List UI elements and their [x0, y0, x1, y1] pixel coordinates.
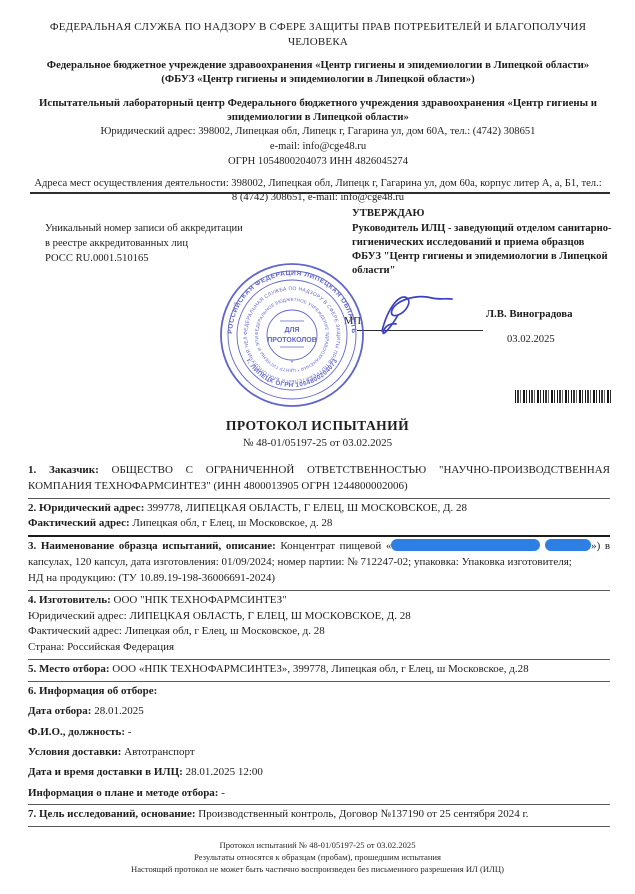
- accreditation-line-1: Уникальный номер записи об аккредитации: [45, 222, 295, 237]
- section-customer-label: 1. Заказчик:: [28, 464, 99, 476]
- protocol-document-page: ФЕДЕРАЛЬНАЯ СЛУЖБА ПО НАДЗОРУ В СФЕРЕ ЗА…: [0, 0, 635, 894]
- section-legal-address: 2. Юридический адрес: 399778, ЛИПЕЦКАЯ О…: [28, 499, 610, 538]
- sampling-date-row: Дата отбора: 28.01.2025: [28, 704, 610, 720]
- stamp-center-line-1: ДЛЯ: [285, 327, 300, 334]
- federal-service-name: ФЕДЕРАЛЬНАЯ СЛУЖБА ПО НАДЗОРУ В СФЕРЕ ЗА…: [32, 20, 604, 49]
- approval-heading: УТВЕРЖДАЮ: [352, 207, 612, 221]
- manufacturer-label: 4. Изготовитель:: [28, 594, 111, 606]
- sample-value-before-redaction: Концентрат пищевой «: [280, 540, 391, 552]
- handwritten-signature: [372, 291, 472, 341]
- section-manufacturer: 4. Изготовитель: ООО "НПК ТЕХНОФАРМСИНТЕ…: [28, 591, 610, 660]
- sampling-fio-value: -: [128, 726, 132, 738]
- manufacturer-value: ООО "НПК ТЕХНОФАРМСИНТЕЗ": [114, 594, 287, 606]
- manufacturer-actual-address: Фактический адрес: Липецкая обл, г Елец,…: [28, 624, 610, 640]
- protocol-sections: 1. Заказчик: ОБЩЕСТВО С ОГРАНИЧЕННОЙ ОТВ…: [28, 461, 610, 827]
- protocol-number: № 48-01/05197-25 от 03.02.2025: [0, 437, 635, 449]
- footer-results-note: Результаты относятся к образцам (пробам)…: [0, 852, 635, 864]
- sampling-plan-row: Информация о плане и методе отбора: -: [28, 786, 610, 802]
- manufacturer-legal-address: Юридический адрес: ЛИПЕЦКАЯ ОБЛАСТЬ, Г Е…: [28, 609, 610, 625]
- section-customer-value: ОБЩЕСТВО С ОГРАНИЧЕННОЙ ОТВЕТСТВЕННОСТЬЮ…: [28, 464, 610, 492]
- delivery-datetime-value: 28.01.2025 12:00: [186, 766, 263, 778]
- delivery-datetime-row: Дата и время доставки в ИЛЦ: 28.01.2025 …: [28, 765, 610, 781]
- accreditation-block: Уникальный номер записи об аккредитации …: [45, 222, 295, 266]
- lab-center-name: Испытательный лабораторный центр Федерал…: [32, 96, 604, 125]
- sampling-fio-row: Ф.И.О., должность: -: [28, 725, 610, 741]
- nd-product-row: НД на продукцию: (ТУ 10.89.19-198-360066…: [28, 571, 610, 587]
- delivery-conditions-label: Условия доставки:: [28, 746, 121, 758]
- sampling-fio-label: Ф.И.О., должность:: [28, 726, 125, 738]
- ogrn-inn-line: ОГРН 1054800204073 ИНН 4826045274: [32, 155, 604, 169]
- redaction-bar-short: [545, 539, 591, 551]
- footer-protocol-ref: Протокол испытаний № 48-01/05197-25 от 0…: [0, 840, 635, 852]
- legal-address-value: 399778, ЛИПЕЦКАЯ ОБЛАСТЬ, Г ЕЛЕЦ, Ш МОСК…: [147, 502, 467, 514]
- sample-label: 3. Наименование образца испытаний, описа…: [28, 540, 276, 552]
- stamp-star-ornament: *: [291, 360, 294, 367]
- sampling-plan-value: -: [221, 787, 225, 799]
- manufacturer-row: 4. Изготовитель: ООО "НПК ТЕХНОФАРМСИНТЕ…: [28, 593, 610, 609]
- legal-address-label: 2. Юридический адрес:: [28, 502, 144, 514]
- protocol-title: ПРОТОКОЛ ИСПЫТАНИЙ: [0, 418, 635, 434]
- section-purpose: 7. Цель исследований, основание: Произво…: [28, 805, 610, 827]
- signer-name: Л.В. Виноградова: [486, 308, 573, 320]
- page-footer: Протокол испытаний № 48-01/05197-25 от 0…: [0, 840, 635, 876]
- email-line: e-mail: info@cge48.ru: [32, 140, 604, 154]
- delivery-conditions-row: Условия доставки: Автотранспорт: [28, 745, 610, 761]
- delivery-conditions-value: Автотранспорт: [124, 746, 195, 758]
- document-header: ФЕДЕРАЛЬНАЯ СЛУЖБА ПО НАДЗОРУ В СФЕРЕ ЗА…: [32, 20, 604, 205]
- sampling-plan-label: Информация о плане и методе отбора:: [28, 787, 218, 799]
- institution-name: Федеральное бюджетное учреждение здравоо…: [32, 58, 604, 87]
- approval-block: УТВЕРЖДАЮ Руководитель ИЛЦ - заведующий …: [352, 207, 612, 278]
- actual-address-label: Фактический адрес:: [28, 517, 130, 529]
- approval-signer-title: Руководитель ИЛЦ - заведующий отделом са…: [352, 222, 612, 278]
- section-sampling-info: 6. Информация об отборе: Дата отбора: 28…: [28, 682, 610, 805]
- approval-date: 03.02.2025: [507, 334, 555, 345]
- legal-address: Юридический адрес: 398002, Липецкая обл,…: [32, 125, 604, 139]
- sampling-place-value: ООО «НПК ТЕХНОФАРМСИНТЕЗ», 399778, Липец…: [112, 663, 528, 675]
- accreditation-line-2: в реестре аккредитованных лиц: [45, 237, 295, 252]
- section-customer: 1. Заказчик: ОБЩЕСТВО С ОГРАНИЧЕННОЙ ОТВ…: [28, 461, 610, 499]
- footer-reproduction-note: Настоящий протокол не может быть частичн…: [0, 864, 635, 876]
- section-sample: 3. Наименование образца испытаний, описа…: [28, 537, 610, 590]
- manufacturer-country: Страна: Российская Федерация: [28, 640, 610, 656]
- stamp-center-line-2: ПРОТОКОЛОВ: [267, 337, 317, 344]
- redaction-bar-long: [391, 539, 540, 551]
- round-stamp: • РОССИЙСКАЯ ФЕДЕРАЦИЯ ЛИПЕЦКАЯ ОБЛАСТЬ …: [218, 261, 366, 409]
- legal-address-row: 2. Юридический адрес: 399778, ЛИПЕЦКАЯ О…: [28, 501, 610, 517]
- sampling-date-value: 28.01.2025: [94, 705, 144, 717]
- purpose-label: 7. Цель исследований, основание:: [28, 808, 196, 820]
- actual-address-value: Липецкая обл, г Елец, ш Московское, д. 2…: [132, 517, 332, 529]
- sampling-info-heading: 6. Информация об отборе:: [28, 684, 610, 700]
- header-divider: [30, 192, 610, 194]
- purpose-value: Производственный контроль, Договор №1371…: [198, 808, 528, 820]
- sampling-place-label: 5. Место отбора:: [28, 663, 110, 675]
- section-sampling-place: 5. Место отбора: ООО «НПК ТЕХНОФАРМСИНТЕ…: [28, 660, 610, 682]
- barcode: [515, 390, 613, 403]
- actual-address-row: Фактический адрес: Липецкая обл, г Елец,…: [28, 516, 610, 532]
- protocol-title-block: ПРОТОКОЛ ИСПЫТАНИЙ № 48-01/05197-25 от 0…: [0, 418, 635, 449]
- delivery-datetime-label: Дата и время доставки в ИЛЦ:: [28, 766, 183, 778]
- sampling-date-label: Дата отбора:: [28, 705, 91, 717]
